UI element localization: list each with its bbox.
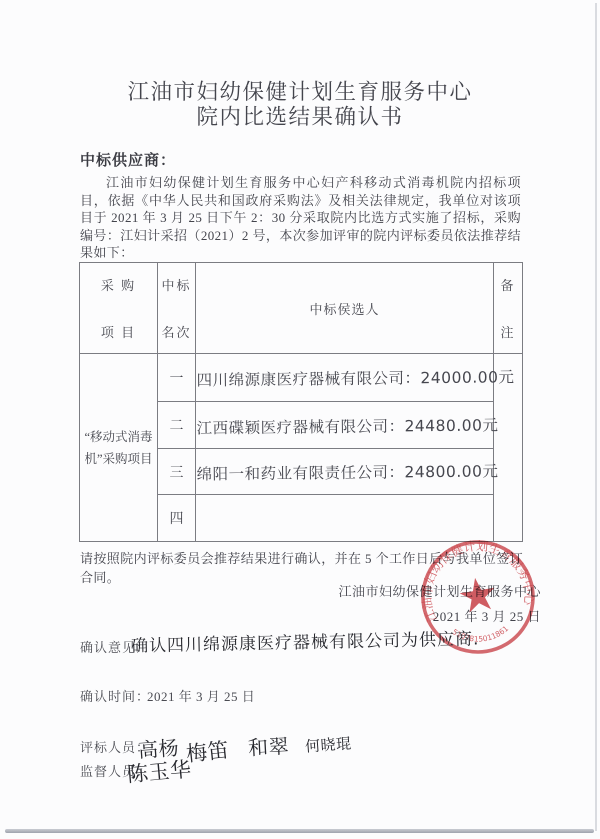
body-paragraph: 江油市妇幼保健计划生育服务中心妇产科移动式消毒机院内招标项目，依据《中华人民共和… <box>80 174 521 262</box>
header-procurement-line2: 项 目 <box>101 322 136 341</box>
candidate-cell-4 <box>195 493 493 543</box>
header-procurement-item: 采 购 项 目 <box>80 263 158 354</box>
candidate-cell-3: 绵阳一和药业有限责任公司：24800.00元 <box>195 447 493 496</box>
evaluator-signature-2: 梅笛 <box>185 734 231 768</box>
rank-cell-3: 三 <box>158 449 196 495</box>
header-remark-line2: 注 <box>500 322 515 341</box>
evaluator-signature-4: 何晓琨 <box>304 732 352 756</box>
supervisor-signature: 陈玉华 <box>126 753 193 789</box>
evaluator-signature-3: 和翠 <box>247 730 289 761</box>
table-row: “移动式消毒机”采购项目 一 四川绵源康医疗器械有限公司：24000.00元 <box>80 354 523 402</box>
table-header-row: 采 购 项 目 中标 名次 中标侯选人 备 注 <box>80 263 523 354</box>
candidate-cell-1: 四川绵源康医疗器械有限公司：24000.00元 <box>195 352 493 403</box>
header-remark: 备 注 <box>494 263 523 354</box>
header-rank-line1: 中标 <box>161 275 191 294</box>
document-title-line2: 院内比选结果确认书 <box>0 105 600 129</box>
scanned-document-page: 江油市妇幼保健计划生育服务中心 院内比选结果确认书 中标供应商： 江油市妇幼保健… <box>0 0 600 839</box>
scan-bottom-edge <box>5 829 594 833</box>
scan-right-edge <box>595 3 597 831</box>
header-candidates: 中标侯选人 <box>196 263 494 354</box>
header-rank-line2: 名次 <box>161 322 191 341</box>
seal-star-icon: ★ <box>453 567 502 624</box>
rank-cell-1: 一 <box>158 354 196 402</box>
rank-cell-2: 二 <box>158 402 196 449</box>
confirm-time-label: 确认时间： <box>80 686 150 705</box>
candidate-cell-2: 江西碟颖医疗器械有限公司：24480.00元 <box>195 400 493 450</box>
rank-cell-4: 四 <box>158 495 196 542</box>
header-rank: 中标 名次 <box>158 263 196 354</box>
confirm-time-value: 2021 年 3 月 25 日 <box>147 686 255 705</box>
salutation: 中标供应商： <box>80 149 176 170</box>
document-title-line1: 江油市妇幼保健计划生育服务中心 <box>0 80 600 104</box>
header-remark-line1: 备 <box>500 275 515 294</box>
project-name-cell: “移动式消毒机”采购项目 <box>80 354 158 542</box>
bid-result-table: 采 购 项 目 中标 名次 中标侯选人 备 注 “移动式消毒机”采购项目 一 <box>79 262 523 542</box>
header-procurement-line1: 采 购 <box>101 275 136 294</box>
